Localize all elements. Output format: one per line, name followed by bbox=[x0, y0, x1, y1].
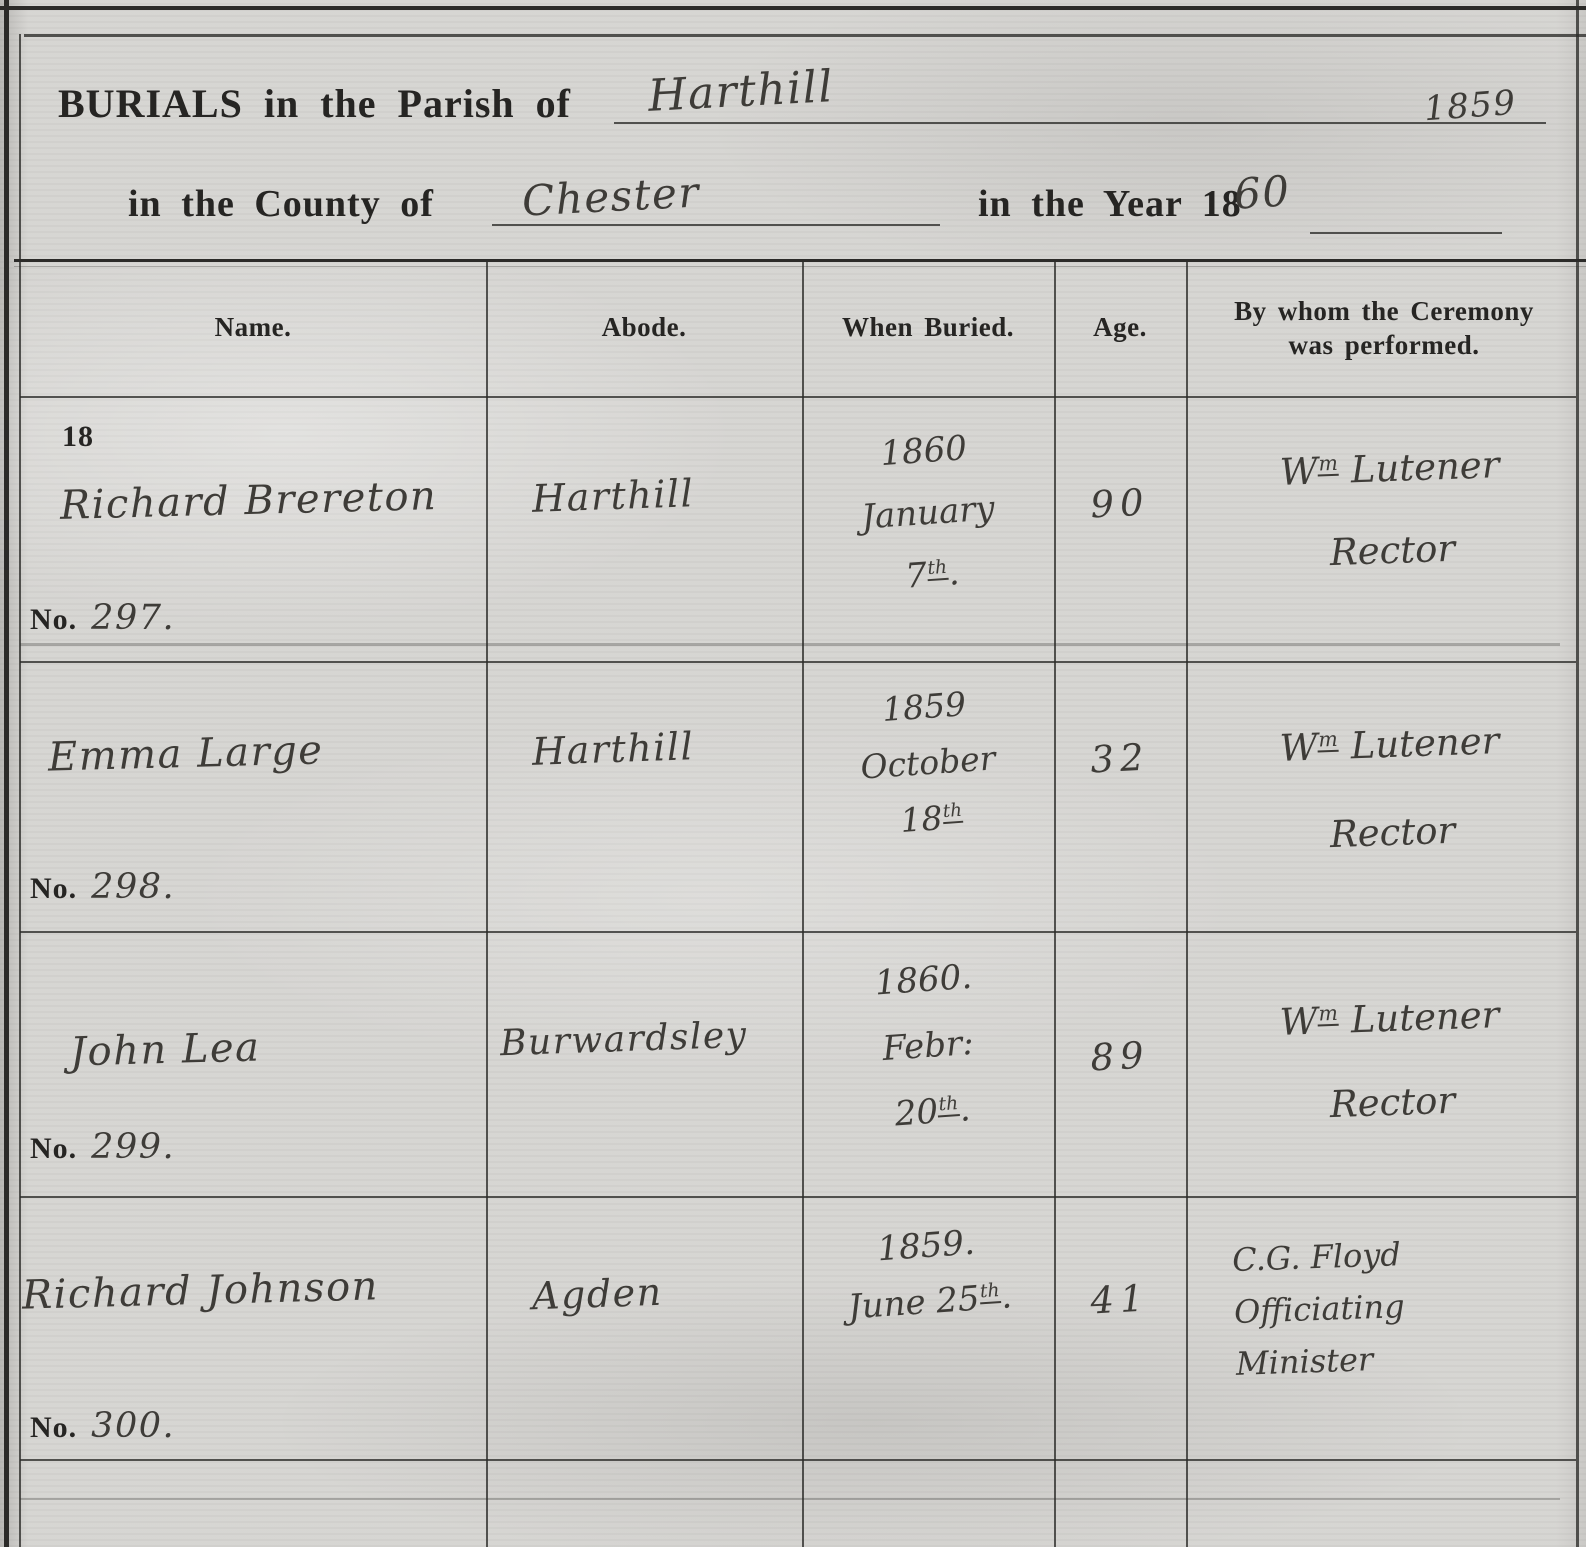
year-handwritten: 60 bbox=[1232, 166, 1292, 219]
burial-abode-handwritten: Agden bbox=[531, 1270, 663, 1319]
border-top-line bbox=[0, 6, 1586, 10]
corner-year-handwritten: 1859 bbox=[1423, 83, 1518, 129]
ceremony-by-handwritten: Wm LutenerRector bbox=[1203, 422, 1578, 599]
ordinal-superscript: th bbox=[978, 1282, 1001, 1305]
scan-streak-2 bbox=[20, 1498, 1560, 1500]
parish-underline bbox=[614, 122, 1546, 124]
burial-date-handwritten: 1860.Febr:20th. bbox=[795, 938, 1060, 1153]
table-row: John Lea No. 299. Burwardsley 1860.Febr:… bbox=[0, 931, 1586, 1196]
sheet-number: 18 bbox=[62, 420, 94, 454]
column-header-name-label: Name. bbox=[215, 312, 292, 342]
row-divider-4 bbox=[20, 1459, 1576, 1461]
table-row: Emma Large No. 298. Harthill 1859October… bbox=[0, 661, 1586, 931]
entry-number-value: 300. bbox=[91, 1406, 175, 1446]
burial-abode-handwritten: Harthill bbox=[531, 724, 695, 774]
ordinal-superscript: m bbox=[1317, 1002, 1339, 1026]
column-header-when-buried-label: When Buried. bbox=[842, 312, 1014, 342]
burial-date-handwritten: 1860January7th. bbox=[796, 411, 1060, 614]
burial-age-handwritten: 41 bbox=[1053, 1275, 1187, 1325]
column-header-age-label: Age. bbox=[1093, 312, 1147, 342]
burial-date-handwritten: 1859October18th bbox=[796, 670, 1059, 855]
entry-number: No. 297. bbox=[30, 598, 175, 638]
burial-age-handwritten: 89 bbox=[1053, 1032, 1187, 1082]
burial-age-handwritten: 32 bbox=[1053, 734, 1187, 784]
ordinal-superscript: th bbox=[941, 802, 963, 825]
column-header-ceremony-label2: was performed. bbox=[1186, 330, 1582, 361]
entry-number-value: 297. bbox=[91, 598, 175, 638]
ceremony-by-handwritten: Wm LutenerRector bbox=[1203, 695, 1579, 884]
table-row: 18 Richard Brereton No. 297. Harthill 18… bbox=[0, 398, 1586, 661]
year-label-printed: in the Year 18 bbox=[978, 182, 1242, 226]
parish-name-handwritten: Harthill bbox=[647, 61, 835, 122]
burial-date-handwritten: 1859.June 25th. bbox=[798, 1209, 1057, 1338]
entry-number: No. 298. bbox=[30, 867, 175, 907]
entry-number: No. 300. bbox=[30, 1406, 175, 1446]
year-underline bbox=[1310, 232, 1502, 234]
county-label-printed: in the County of bbox=[128, 182, 434, 226]
ceremony-line: Rector bbox=[1206, 783, 1579, 884]
entry-number-label: No. bbox=[30, 603, 77, 636]
column-header-name: Name. bbox=[20, 312, 486, 343]
table-top-line bbox=[14, 259, 1586, 262]
ceremony-by-handwritten: C.G. FloydOfficiatingMinister bbox=[1203, 1221, 1586, 1391]
ceremony-line: Wm Lutener bbox=[1203, 971, 1576, 1068]
ceremony-line: Rector bbox=[1206, 504, 1579, 599]
burial-name-handwritten: Emma Large bbox=[47, 727, 324, 780]
entry-number: No. 299. bbox=[30, 1127, 175, 1167]
ordinal-superscript: m bbox=[1317, 452, 1339, 476]
ceremony-line: Wm Lutener bbox=[1203, 695, 1576, 796]
column-header-abode: Abode. bbox=[486, 312, 802, 343]
ceremony-line: Rector bbox=[1206, 1055, 1579, 1152]
county-underline bbox=[492, 224, 940, 226]
ordinal-superscript: th bbox=[926, 558, 949, 581]
entry-number-label: No. bbox=[30, 1132, 77, 1165]
ceremony-line: Wm Lutener bbox=[1203, 422, 1576, 517]
ceremony-by-handwritten: Wm LutenerRector bbox=[1203, 971, 1579, 1152]
entry-number-label: No. bbox=[30, 872, 77, 905]
border-top-line-2 bbox=[24, 34, 1586, 37]
column-header-age: Age. bbox=[1054, 312, 1186, 343]
header-title-printed: BURIALS in the Parish of bbox=[58, 80, 571, 127]
column-header-when-buried: When Buried. bbox=[802, 312, 1054, 343]
burial-abode-handwritten: Harthill bbox=[531, 471, 695, 521]
table-top-line-echo bbox=[14, 266, 1586, 267]
entry-number-value: 299. bbox=[91, 1127, 175, 1167]
column-header-abode-label: Abode. bbox=[602, 312, 687, 342]
burial-age-handwritten: 90 bbox=[1053, 479, 1187, 529]
entry-number-value: 298. bbox=[91, 867, 175, 907]
burial-name-handwritten: Richard Johnson bbox=[21, 1263, 379, 1318]
burial-name-handwritten: John Lea bbox=[69, 1025, 261, 1076]
column-header-ceremony: By whom the Ceremony was performed. bbox=[1186, 296, 1582, 361]
table-row: Richard Johnson No. 300. Agden 1859.June… bbox=[0, 1196, 1586, 1459]
ordinal-superscript: th bbox=[937, 1095, 960, 1118]
entry-number-label: No. bbox=[30, 1411, 77, 1444]
burial-abode-handwritten: Burwardsley bbox=[499, 1015, 748, 1065]
county-name-handwritten: Chester bbox=[521, 167, 701, 225]
burial-name-handwritten: Richard Brereton bbox=[59, 473, 437, 529]
ordinal-superscript: m bbox=[1317, 728, 1339, 752]
burial-register-scan: BURIALS in the Parish of Harthill 1859 i… bbox=[0, 0, 1586, 1547]
column-header-ceremony-label: By whom the Ceremony bbox=[1234, 296, 1534, 326]
